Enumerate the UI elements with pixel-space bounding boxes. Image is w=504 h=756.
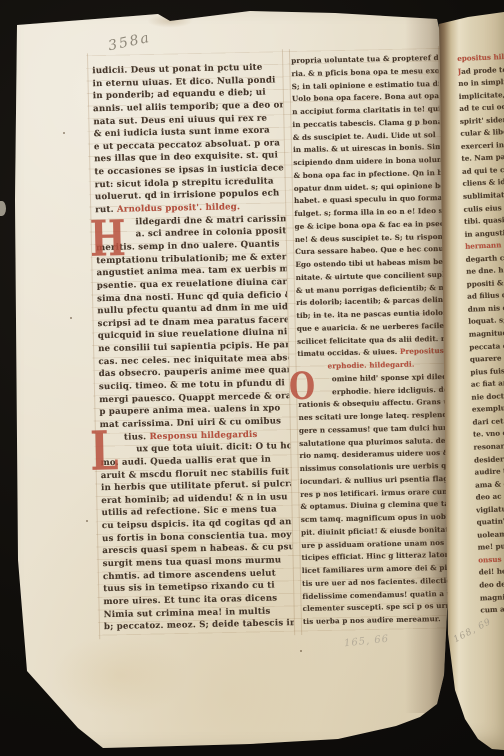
text-line: rut: sicut idola p strepitu icredulita [95, 175, 285, 192]
ink-text: uoleam ac fid [477, 528, 504, 539]
ink-text: propria uoluntate tua & propteref dsco [291, 53, 438, 65]
text-line: tis ure uer ad nos facientes. dilectioni [302, 575, 449, 591]
text-line: ne dne. h. de deo [466, 264, 504, 279]
rubric-text: Responsu hildegardis [149, 429, 257, 441]
ink-text: ux que tota uiuit. dicit: O tu ho [136, 441, 290, 454]
ink-text: ris dolorib; iacentib; & parcas delinque… [296, 295, 443, 308]
ink-text: ad filius dilectissi [467, 289, 504, 301]
ink-text: scilicet felicitate qua ds alii dedit. n… [297, 333, 444, 345]
text-line: onsus hild [478, 552, 504, 567]
ink-text: ac fiat armatur [471, 377, 504, 389]
ink-text: dari cet assidue r [472, 415, 504, 427]
text-line: nes illas que in deo exquisite. st. qui [94, 150, 284, 167]
ink-text: ge & icipe bona opa & fac ea in psectio [295, 218, 442, 230]
ink-text: nie doctrine dentib; [471, 390, 504, 402]
text-line: erat hominib; ad uidendu! & n in usu [101, 491, 291, 508]
ink-text: mat carissima. Dni uiri & cu omibus [100, 416, 282, 430]
text-line: ux que tota uiuit. dicit: O tu ho [100, 440, 290, 457]
ink-text: cum alonge aspic [480, 603, 504, 615]
ink-text: iocundari. & nullius uri psentia flagi [300, 474, 447, 486]
text-line: temptationu tribulationib; me & exteri [96, 251, 286, 268]
ink-text: ne dne. h. de deo [466, 264, 504, 276]
ruling-vertical [289, 49, 302, 635]
text-line: dari cet assidue r [472, 415, 504, 430]
text-line: scipiendo dnm uidere in bona uoluntate [293, 154, 440, 170]
text-line: resonari. Cum dei [473, 440, 504, 455]
text-line: exerceri incessa. sa [461, 139, 504, 154]
ink-text: chmtis. ad timore ascendens uelut [103, 568, 276, 582]
ink-text: scm tamq. magnificum opus in uobis ince [301, 511, 448, 524]
ink-text: omine hild' sponse xpi dilecte. d [332, 371, 445, 383]
text-line: nes scitati ure longe lateq. resplende [299, 409, 446, 425]
page-speck [86, 520, 88, 522]
text-line: que e auaricia. & ne uerberes faciles do [297, 320, 444, 336]
text-line: ac fiat armatur [471, 377, 504, 392]
text-line: ticipes efficiat. Hinc g litteraz latore… [301, 549, 448, 565]
text-line: ge & icipe bona opa & fac ea in psectio [295, 218, 442, 234]
text-line: peccata concessu e [469, 339, 504, 354]
text-line: te. vno conforta [473, 427, 504, 442]
ink-text: ad te cui oculis f [459, 101, 504, 113]
ink-text: in peccatis tabescis. Clama g p bona op [292, 116, 439, 128]
text-line: & optamus. Diuina g clemina que tam [300, 498, 447, 514]
text-line: salutatione qua plurimos saluta. deside [299, 434, 446, 450]
text-line: fulget. s; forma illa in eo n e! Ideo su… [294, 205, 441, 221]
text-line: aruit & mscdu floruit nec stabilis fuit [101, 466, 291, 483]
border-mark [0, 201, 6, 216]
text-line: omine hild' sponse xpi dilecte. d [298, 371, 445, 387]
text-line: sublimitate te in pdi [463, 189, 504, 204]
text-line: ildegardi dne & matri carissime [95, 213, 285, 230]
drop-cap-l: L [90, 425, 119, 480]
ink-text: in angustia & in do [464, 227, 504, 239]
drop-cap-o: O [289, 369, 316, 407]
text-line: S; in tali opinione e estimatio tua dice… [292, 77, 439, 93]
text-block: H L iudicii. Deus ut ponat in pctu uitei… [0, 0, 504, 756]
text-line: tis uerba p nos audire mereamur. [303, 613, 450, 629]
ink-text: uoluerut. qd in irrisione populos ech [95, 189, 280, 203]
text-line: quatin' obsecro. Il [476, 515, 504, 530]
ink-text: rationis & obsequiu affectu. Grans uite [298, 397, 445, 409]
ink-text: culis eius que renoua [463, 201, 504, 213]
ink-text: erphodie. hiere idcliguis. deuote [332, 384, 445, 396]
ink-text: que e auaricia. & ne uerberes faciles do [297, 320, 444, 332]
ink-text: utilis ad refectione. Sic e mens tua [101, 505, 276, 519]
ink-text: te. Nam pati lassos [461, 151, 504, 163]
ink-text: p paupere anima mea. ualens in xpo [99, 404, 280, 418]
text-line: p paupere anima mea. ualens in xpo [99, 402, 289, 419]
ink-text: & bona opa fac in pfectione. Qn in bonis [293, 167, 440, 179]
ink-text: salutatione qua plurimos saluta. deside [299, 435, 446, 447]
ink-text: peccata concessu e [469, 339, 504, 351]
text-line: exemplu es sanct [472, 402, 504, 417]
rubric-text: erphodie. hildegardi. [327, 360, 414, 371]
text-line: & ut manu porrigas deficientib; & mis [296, 281, 443, 297]
ink-text: fulget. s; forma illa in eo n e! Ideo su… [294, 206, 441, 218]
ink-text: annis. uel aliis temporib; que a deo ord… [93, 100, 283, 114]
text-line [481, 615, 504, 630]
page-speck [70, 317, 72, 319]
text-line: me! puorchal [477, 540, 504, 555]
text-line: no in simplicitate [458, 76, 504, 91]
ink-text: aruit & mscdu floruit nec stabilis fuit [101, 467, 290, 481]
text-line: ama & quom bo [475, 477, 504, 492]
ink-text: & ds suscipiet te. Audi. Uide ut sol [293, 130, 436, 142]
text-line: cum alonge aspic [480, 603, 504, 618]
ink-text: in ponderib; ad equandu e dieb; ui [93, 88, 266, 102]
text-line: clementer suscepti. spe sci p os urm loq… [303, 600, 450, 616]
text-line: chmtis. ad timore ascendens uelut [103, 567, 293, 584]
text-line: habet. e quasi speculu in quo forma ille [294, 192, 441, 208]
ink-text: pius fuisse meruit [470, 364, 504, 376]
text-line: tib; in te. ita ne pascas euntia idoloz [296, 307, 443, 323]
text-line: in ponderib; ad equandu e dieb; ui [93, 87, 283, 104]
ink-text: n accipiut forma claritatis in te! quia [292, 104, 439, 116]
ink-text: me! puorchal [478, 541, 504, 552]
text-line: desiderio meo. q [474, 452, 504, 467]
ink-text: surgit mens tua quasi mons murmu [103, 555, 282, 569]
text-line: in herbis que utilitate pferut. si pulcr… [101, 478, 291, 495]
text-line: Ego ostendo tibi ut habeas mism beni [295, 256, 442, 272]
text-line: spirit' sidentate bo [460, 114, 504, 129]
ink-text: rut: sicut idola p strepitu icredulita [95, 176, 274, 190]
text-line: degarth cum gla & [465, 252, 504, 267]
ink-text: ildegardi dne & matri carissime [135, 214, 285, 227]
ink-text: in eternu uiuas. Et dico. Nulla pondi [92, 75, 275, 89]
text-line: opatur dnm uidet. s; qui opinione bona [294, 179, 441, 195]
text-line: mat carissima. Dni uiri & cu omibus [100, 415, 290, 432]
ink-text: tius. [124, 432, 150, 443]
ink-text: mo. audi. Queda uallis erat que in [100, 454, 271, 468]
text-line: in peccatis tabescis. Clama g p bona op [292, 116, 439, 132]
ink-text: audire te. Unde a [474, 465, 504, 477]
text-line: te occasiones se ipsas in iusticia dece [94, 162, 284, 179]
ink-text: ama & quom bo [475, 478, 504, 490]
text-line: ris dolorib; iacentib; & parcas delinque… [296, 294, 443, 310]
ruling-vertical [282, 49, 295, 635]
text-line: culis eius que renoua [463, 201, 504, 216]
text-line: loquat. s; sapien [468, 314, 504, 329]
ink-text: spirit' sidentate bo [460, 114, 504, 126]
ink-text: ad prode te. que [461, 64, 504, 76]
ink-text: dei! hec uerba [479, 566, 504, 577]
rubric-text: Prepositus [400, 346, 444, 356]
text-line: implicitate, in tua [459, 89, 504, 104]
ink-text: tuus sis in temetipso rixando cu ti [103, 581, 275, 595]
parchment-stain [140, 12, 200, 30]
text-line: magni misstrudin [480, 590, 504, 605]
ink-text: ad qui te crearunt [462, 164, 504, 176]
ink-text: gere n cessamus! que tam dulci humani [299, 422, 446, 434]
text-line: das obsecro. pauperis anime mee quamen [99, 365, 289, 382]
ink-text: tib; in te. ita ne pascas euntia idoloz [296, 308, 443, 320]
text-line: Uolo bona opa facere. Bona aut opa si [292, 90, 439, 106]
text-line: tius. Responsu hildegardis [100, 428, 290, 445]
parchment-stain [30, 620, 210, 730]
ink-text: ne! & deus suscipiet te. S; tu rispondes [295, 231, 442, 243]
page-speck [63, 132, 65, 134]
text-line: erphodie. hildegardi. [297, 358, 444, 374]
pencil-recto-note: 168, 69 [452, 617, 493, 645]
ink-text: ne consilii tui sapientia pcipis. He par [98, 340, 288, 354]
text-line: Jad prode te. que [458, 64, 504, 79]
ink-text: erat hominib; ad uidendu! & n in usu [101, 492, 288, 506]
ink-text: ria. & n pficis bona opa te mesu exortan… [291, 65, 438, 78]
ink-text: cliens & idee cessa [462, 176, 504, 188]
text-line: mergi pauesco. Quappt mercede & ora [99, 390, 289, 407]
text-line: pius fuisse meruit [470, 364, 504, 379]
ink-text: nitate. & uirtute que concilient supli [296, 270, 443, 282]
ink-text: in malis. & ut uirescas in bonis. Simul [293, 142, 440, 154]
text-line: arescis quasi spem n habeas. & cu psu [102, 542, 292, 559]
text-line: more uires. Et tunc ita oras dicens [103, 592, 293, 609]
ink-text: te. vno conforta [473, 427, 504, 439]
text-line: dei! hec uerba [479, 565, 504, 580]
text-line: quicquid in siue reuelatione diuina ni [98, 327, 288, 344]
ruling-vertical [87, 53, 100, 639]
ink-text: ure p assiduam oratione unam nos par [301, 537, 448, 549]
text-line: ad filius dilectissi [467, 289, 504, 304]
ink-text: vigilatus demum [476, 502, 504, 514]
manuscript-photo: H L iudicii. Deus ut ponat in pctu uitei… [0, 0, 504, 756]
ink-text: deo dei p stigatur [479, 578, 504, 590]
ink-text: psentie. qua ex reuelatione diuina carti [97, 277, 287, 291]
ink-text: meritis. semp in dno ualere. Quantis [96, 239, 280, 253]
ink-text: nes scitati ure longe lateq. resplende [299, 410, 446, 422]
text-line: us fortis in bona conscientia tua. moy [102, 529, 292, 546]
ink-text: quicquid in siue reuelatione diuina ni [98, 328, 288, 342]
ink-text: a. sci andree in colonia ppositus [136, 226, 286, 239]
ink-text: nes illas que in deo exquisite. st. qui [94, 151, 278, 165]
text-line: erphodie. hiere idcliguis. deuote [298, 383, 445, 399]
text-line: cliens & idee cessa [462, 176, 504, 191]
ink-text: cas. nec celes. nec iniquitate mea absco… [98, 353, 288, 367]
ink-text: res p nos letificari. irmus orare cuncti [300, 486, 447, 498]
ink-text: resonari. Cum dei [473, 440, 504, 452]
ink-text: tis uerba p nos audire mereamur. [303, 614, 441, 626]
text-line: & bona opa fac in pfectione. Qn in bonis [293, 167, 440, 183]
ink-text: sublimitate te in pdi [463, 189, 504, 201]
ink-text: b; peccatoz. meoz. S; deide tabescis in [104, 618, 294, 632]
ink-text: iudicii. Deus ut ponat in pctu uite [92, 63, 262, 77]
ink-text: Cura sessare habeo. Que e hec conuersio [295, 244, 442, 257]
text-line: hermann pp [465, 239, 504, 254]
text-line: & ds suscipiet te. Audi. Uide ut sol [293, 128, 440, 144]
text-line: uoluerut. qd in irrisione populos ech [95, 188, 285, 205]
ink-text: Ego ostendo tibi ut habeas mism beni [295, 257, 442, 269]
text-line: scilicet felicitate qua ds alii dedit. n… [297, 332, 444, 348]
pencil-folio-note: 165, 66 [344, 634, 390, 650]
ink-text: deo ac dno seru [475, 490, 504, 502]
ink-text: scipiendo dnm uidere in bona uoluntate [293, 155, 440, 167]
text-line: & eni iudicia iusta sunt inme exora [94, 124, 284, 141]
ink-text: loquat. s; sapien [468, 314, 504, 326]
text-line: rationis & obsequiu affectu. Grans uite [298, 396, 445, 412]
ink-text: ticipes efficiat. Hinc g litteraz latore… [301, 550, 448, 562]
ink-text: pit. diuinit pficiat! & eiusde bonitatis [301, 524, 448, 536]
ruling-lines [86, 48, 454, 639]
drop-cap-h: H [89, 214, 126, 264]
text-line: e ut peccata peccatoz absoluat. p ora [94, 137, 284, 154]
text-line: nata sut. Deus eni uiuus qui rex re [93, 112, 283, 129]
text-line: gere n cessamus! que tam dulci humani [299, 422, 446, 438]
text-line: a. sci andree in colonia ppositus [96, 226, 286, 243]
ink-text: Uolo bona opa facere. Bona aut opa si [292, 91, 439, 103]
rubric-text: onsus hild [478, 554, 504, 565]
ink-text: nullu pfectu quantu ad dnm in me uideo! [97, 302, 287, 316]
text-line: epositus hilde [457, 51, 504, 66]
text-line: meritis. semp in dno ualere. Quantis [96, 238, 286, 255]
ink-text: habet. e quasi speculu in quo forma ille [294, 193, 441, 205]
ink-text: rio namq. desideramus uidere uos & beni [299, 448, 446, 461]
rubric-text: epositus hilde [457, 52, 504, 63]
ink-text: magnitudine ueret [469, 327, 504, 339]
text-line: tibi. quasi n fis in f [464, 214, 504, 229]
text-line: uoleam ac fid [477, 527, 504, 542]
ink-text: no in simplicitate [458, 76, 504, 88]
text-line: magnitudine ueret [469, 327, 504, 342]
text-line: ne! & deus suscipiet te. S; tu rispondes [295, 230, 442, 246]
text-line: ppositi & peccator [466, 277, 504, 292]
ink-text: & eni iudicia iusta sunt inme exora [94, 126, 270, 140]
ink-text: Nimia sut crimina mea! in multis [104, 606, 271, 619]
text-line: fidelissime comendamus! quatin a uobis [302, 587, 449, 603]
ink-text: temptationu tribulationib; me & exteri [96, 252, 286, 266]
ink-text: magni misstrudin [480, 590, 504, 602]
ink-text: degarth cum gla & [465, 252, 504, 264]
text-line: in malis. & ut uirescas in bonis. Simul [293, 141, 440, 157]
text-line: sima dna nosti. Hunc qd quia deficio & [97, 289, 287, 306]
ink-text: & optamus. Diuina g clemina que tam [300, 499, 447, 511]
facing-page-text: epositus hildeJad prode te. queno in sim… [457, 51, 504, 630]
text-line: Cura sessare habeo. Que e hec conuersio [295, 243, 442, 259]
ink-text: quatin' obsecro. Il [476, 515, 504, 527]
ink-text: opatur dnm uidet. s; qui opinione bona [294, 180, 441, 192]
ink-text: exerceri incessa. sa [461, 139, 504, 151]
text-line: ad te cui oculis f [459, 101, 504, 116]
text-line: quarere uidet. Stell [470, 352, 504, 367]
text-line: n accipiut forma claritatis in te! quia [292, 103, 439, 119]
text-line: scripsi ad te dnam mea paratus facere. [98, 314, 288, 331]
ink-text: sima dna nosti. Hunc qd quia deficio & [97, 290, 287, 304]
text-line: pit. diuinit pficiat! & eiusde bonitatis [301, 524, 448, 540]
text-line: nie doctrine dentib; [471, 390, 504, 405]
ink-text: arescis quasi spem n habeas. & cu psu [102, 542, 292, 556]
text-line: psentie. qua ex reuelatione diuina carti [97, 276, 287, 293]
ink-text: e ut peccata peccatoz absoluat. p ora [94, 138, 280, 152]
ink-text: in herbis que utilitate pferut. si pulcr… [101, 479, 291, 493]
text-line: ure p assiduam oratione unam nos par [301, 536, 448, 552]
ink-text: S; in tali opinione e estimatio tua dice… [292, 78, 439, 91]
ink-text: rut. [95, 205, 117, 215]
rubric-text: Arnoldus pposit'. hildeg. [117, 202, 240, 215]
ink-text: mergi pauesco. Quappt mercede & ora [99, 391, 289, 405]
text-line: ad qui te crearunt [462, 164, 504, 179]
ink-text: dnm nis cultu. [468, 302, 504, 313]
ink-text: te occasiones se ipsas in iusticia dece [94, 163, 284, 177]
manuscript-page: H L iudicii. Deus ut ponat in pctu uitei… [0, 0, 504, 756]
text-line: rut. Arnoldus pposit'. hildeg. [95, 200, 285, 217]
text-line: nitate. & uirtute que concilient supli [296, 269, 443, 285]
ink-text: & ut manu porrigas deficientib; & mis [296, 282, 443, 294]
text-line: rio namq. desideramus uidere uos & beni [299, 447, 446, 463]
text-line: nullu pfectu quantu ad dnm in me uideo! [97, 301, 287, 318]
ink-text: timatu occidas. & uiues. [297, 347, 400, 358]
text-line: suciiq. timeo. & me totu in pfundu di [99, 377, 289, 394]
ink-text: implicitate, in tua [459, 89, 504, 101]
text-line: iocundari. & nullius uri psentia flagi [300, 473, 447, 489]
ink-text: nissimus consolationis ure uerbis quib; [300, 461, 447, 473]
ink-text: fidelissime comendamus! quatin a uobis [302, 588, 449, 600]
rubric-text: hermann pp [465, 240, 504, 251]
text-line: in angustia & in do [464, 227, 504, 242]
pencil-shelfmark: 358a [107, 30, 152, 55]
text-line: nissimus consolationis ure uerbis quib; [300, 460, 447, 476]
left-text-column: H L iudicii. Deus ut ponat in pctu uitei… [92, 61, 294, 634]
text-line: ne consilii tui sapientia pcipis. He par [98, 339, 288, 356]
ink-text: nata sut. Deus eni uiuus qui rex re [93, 113, 267, 127]
ink-text: scripsi ad te dnam mea paratus facere. [98, 315, 288, 329]
text-line: in eternu uiuas. Et dico. Nulla pondi [92, 74, 282, 91]
text-line: Nimia sut crimina mea! in multis [104, 605, 294, 622]
ink-text: cular & libere te ab [460, 126, 504, 138]
text-line: licet familiares urm amore dei & pieta [302, 562, 449, 578]
text-line: annis. uel aliis temporib; que a deo ord… [93, 99, 283, 116]
ink-text: exemplu es sanct [472, 402, 504, 414]
text-line: ria. & n pficis bona opa te mesu exortan… [291, 65, 438, 81]
text-line: mo. audi. Queda uallis erat que in [100, 453, 290, 470]
ink-text: ppositi & peccator [466, 277, 504, 289]
ink-text: us fortis in bona conscientia tua. moy [102, 530, 292, 544]
page-speck [300, 650, 302, 652]
text-line: dnm nis cultu. [468, 302, 504, 317]
text-line: timatu occidas. & uiues. Prepositus [297, 345, 444, 361]
text-line: vigilatus demum [476, 502, 504, 517]
text-line: surgit mens tua quasi mons murmu [103, 554, 293, 571]
ink-text: more uires. Et tunc ita oras dicens [103, 593, 277, 607]
text-line: audire te. Unde a [474, 465, 504, 480]
text-line: iudicii. Deus ut ponat in pctu uite [92, 61, 282, 78]
text-line: cu teipsu dspicis. ita qd cogitas qd ani [102, 516, 292, 533]
ink-text: tis ure uer ad nos facientes. dilectioni [302, 575, 449, 587]
text-line: propria uoluntate tua & propteref dsco [291, 52, 438, 68]
ink-text: tibi. quasi n fis in f [464, 214, 504, 226]
ink-text: desiderio meo. q [474, 452, 504, 464]
text-line: res p nos letificari. irmus orare cuncti [300, 485, 447, 501]
ink-text: quarere uidet. Stell [470, 352, 504, 364]
text-line: tuus sis in temetipso rixando cu ti [103, 579, 293, 596]
text-line: deo dei p stigatur [479, 578, 504, 593]
text-line: utilis ad refectione. Sic e mens tua [101, 504, 291, 521]
text-line: b; peccatoz. meoz. S; deide tabescis in [104, 617, 294, 634]
text-line: te. Nam pati lassos [461, 151, 504, 166]
text-line: cas. nec celes. nec iniquitate mea absco… [98, 352, 288, 369]
text-line: scm tamq. magnificum opus in uobis ince [301, 511, 448, 527]
ink-text: cu teipsu dspicis. ita qd cogitas qd ani [102, 517, 292, 531]
text-line: cular & libere te ab [460, 126, 504, 141]
ink-text: angustiet anima mea. tam ex uerbis moe [96, 264, 286, 278]
text-line: deo ac dno seru [475, 490, 504, 505]
ink-text: clementer suscepti. spe sci p os urm loq… [303, 601, 450, 614]
ink-text: suciiq. timeo. & me totu in pfundu di [99, 378, 285, 392]
ink-text: licet familiares urm amore dei & pieta [302, 563, 449, 575]
text-line: angustiet anima mea. tam ex uerbis moe [96, 263, 286, 280]
ink-text: das obsecro. pauperis anime mee quamen [99, 365, 289, 379]
rubric-text: J [458, 66, 462, 75]
right-text-column: O propria uoluntate tua & propteref dsco… [291, 52, 450, 629]
